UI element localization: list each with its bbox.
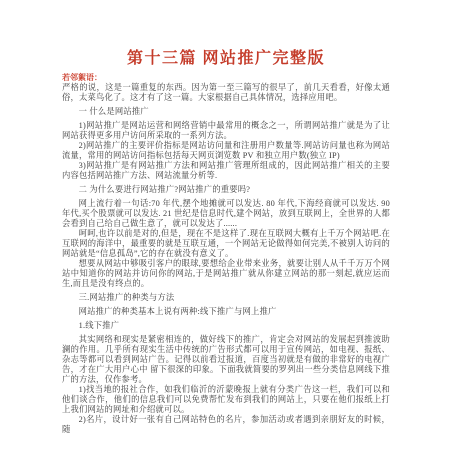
sub-heading-types: 网站推广的种类基本上说有两种:线下推广与网上推广 [62,307,390,317]
paragraph: 1)找当地的报社合作，如我们临沂的沂蒙晚报上就有分类广告这一栏，我们可以和他们谈… [62,385,390,415]
section-heading-2: 二 为什么要进行网站推广?网站推广的重要吗? [62,185,390,195]
section-heading-3: 三.网站推广的种类与方法 [62,293,390,303]
paragraph: 1)网站推广是网站运营和网络营销中最常用的概念之一，所谓网站推广就是为了让网站获… [62,121,390,141]
sub-heading-offline: 1.线下推广 [62,321,390,331]
paragraph: 2)网站推广的主要评价指标是网站访问量和注册用户数量等.网站访问量也称为网站流量… [62,141,390,161]
paragraph: 想要从网站中够吸引客户的眼球,要想给企业带来业务，就要让别人从千千万万个网站中知… [62,259,390,289]
paragraph: 3)网站推广是有网站推广方法和网站推广管理所组成的，因此网站推广相关的主要内容包… [62,161,390,181]
section-heading-1: 一 什么是网站推广 [62,107,390,117]
paragraph: 呵呵,也许以前是对的,但是，现在不是这样了.现在互联网大概有上千万个网站吧.在互… [62,229,390,259]
intro-paragraph: 严格的说，这是一篇重复的东西。因为第一至三篇写的很早了，前几天看看，好像太通俗，… [62,83,390,103]
paragraph: 2)名片，设计好一张有自己网站特色的名片，参加活动或者遇到亲朋好友的时候，随 [62,415,390,435]
document-page: 第十三篇 网站推广完整版 若邻絮语： 严格的说，这是一篇重复的东西。因为第一至三… [0,0,452,452]
paragraph: 网上流行着一句话:70 年代,摆个地摊就可以发达. 80 年代,下海经商就可以发… [62,199,390,229]
note-label: 若邻絮语： [62,73,390,83]
document-title: 第十三篇 网站推广完整版 [62,49,390,69]
paragraph: 其实网络和现实是紧密相连的，做好线下的推广，肯定会对网站的发展起到推波助澜的作用… [62,335,390,385]
